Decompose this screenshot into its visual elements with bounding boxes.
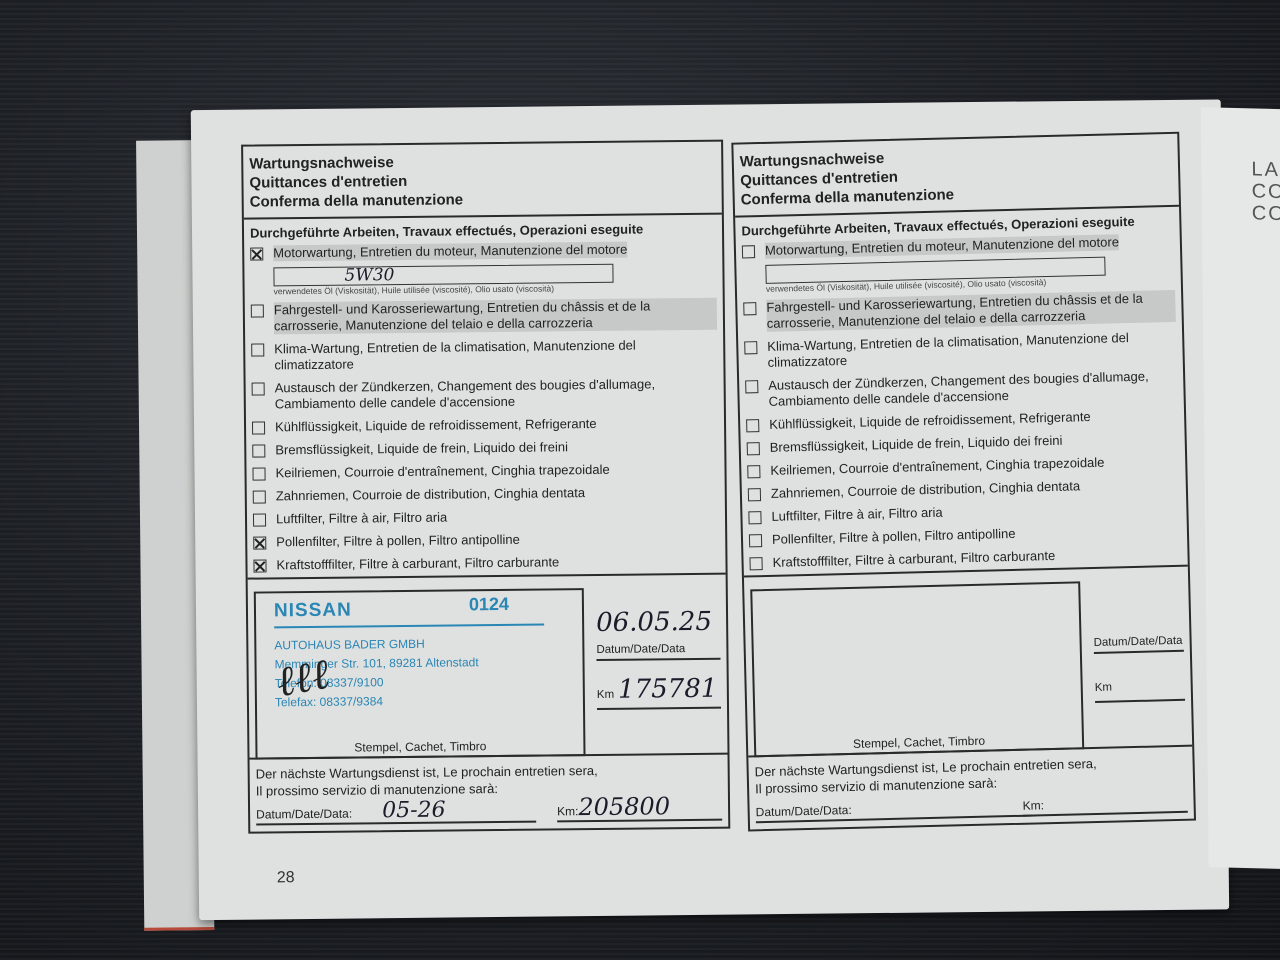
checklist-item[interactable]: Motorwartung, Entretien du moteur, Manut… <box>244 238 722 266</box>
checkbox[interactable] <box>748 488 761 501</box>
next-date-label: Datum/Date/Data: <box>256 807 352 822</box>
checkbox[interactable] <box>742 245 755 258</box>
stamp-rule <box>274 624 544 629</box>
km-field[interactable]: Km175781 <box>597 674 721 710</box>
checkbox[interactable] <box>745 380 758 393</box>
checkbox[interactable] <box>747 442 760 455</box>
date-label: Datum/Date/Data <box>1094 635 1184 654</box>
checklist-label: Austausch der Zündkerzen, Changement des… <box>768 368 1178 410</box>
service-booklet: WartungsnachweiseQuittances d'entretienC… <box>116 99 1265 931</box>
peek-line: CO <box>1252 202 1280 225</box>
next-service-date-field[interactable]: Datum/Date/Data:05-26 <box>256 801 536 826</box>
next-date-value <box>881 794 882 819</box>
date-km-column: Datum/Date/DataKm <box>1080 579 1186 741</box>
checkbox[interactable] <box>749 557 762 570</box>
maintenance-record-left: WartungsnachweiseQuittances d'entretienC… <box>241 140 730 834</box>
maintenance-record-right: WartungsnachweiseQuittances d'entretienC… <box>731 132 1196 832</box>
checkbox[interactable] <box>744 341 757 354</box>
checklist-label: Bremsflüssigkeit, Liquide de frein, Liqu… <box>275 439 568 458</box>
service-date-value[interactable] <box>1093 599 1184 637</box>
km-label: Km <box>1095 682 1113 694</box>
checkbox-checked[interactable] <box>250 247 263 260</box>
next-km-value: 205800 <box>578 792 670 821</box>
next-date-label: Datum/Date/Data: <box>756 803 852 819</box>
checklist-label: Austausch der Zündkerzen, Changement des… <box>275 376 718 413</box>
form-title-line: Conferma della manutenzione <box>250 188 716 212</box>
checkbox[interactable] <box>747 465 760 478</box>
checkbox[interactable] <box>746 419 759 432</box>
next-service-km-field[interactable]: Km:205800 <box>557 798 722 823</box>
checkbox[interactable] <box>743 302 756 315</box>
date-km-column: 06.05.25Datum/Date/DataKm175781 <box>584 587 722 748</box>
checkbox[interactable] <box>252 444 265 457</box>
checklist-item[interactable]: Austausch der Zündkerzen, Changement des… <box>246 373 724 417</box>
next-service-km-field[interactable]: Km: <box>1022 790 1188 817</box>
stamp-section: NISSAN0124AUTOHAUS BADER GMBHMemminger S… <box>248 573 728 758</box>
checklist-label: Keilriemen, Courroie d'entraînement, Cin… <box>275 462 609 481</box>
checklist-label: Kühlflüssigkeit, Liquide de refroidissem… <box>275 416 597 435</box>
km-label: Km <box>597 689 614 701</box>
checkbox[interactable] <box>253 490 266 503</box>
checkbox[interactable] <box>749 534 762 547</box>
booklet-page: WartungsnachweiseQuittances d'entretienC… <box>191 99 1229 920</box>
km-field[interactable]: Km <box>1094 666 1185 703</box>
next-km-label: Km: <box>1022 798 1044 813</box>
checklist-label: Pollenfilter, Filtre à pollen, Filtro an… <box>772 526 1016 548</box>
checkbox[interactable] <box>251 304 264 317</box>
stamp-box: NISSAN0124AUTOHAUS BADER GMBHMemminger S… <box>254 588 586 759</box>
service-date-value[interactable]: 06.05.25 <box>596 607 720 644</box>
checkbox[interactable] <box>252 421 265 434</box>
checkbox[interactable] <box>748 511 761 524</box>
checklist-label: Zahnriemen, Courroie de distribution, Ci… <box>771 478 1081 502</box>
next-date-value: 05-26 <box>382 798 446 824</box>
signature: ℓℓℓ <box>273 649 334 708</box>
checkbox[interactable] <box>253 513 266 526</box>
checklist-label: Kraftstofffilter, Filtre à carburant, Fi… <box>772 548 1055 571</box>
next-service-date-field[interactable]: Datum/Date/Data: <box>755 794 1035 823</box>
next-service-section: Der nächste Wartungsdienst ist, Le proch… <box>250 753 729 832</box>
stamp-caption: Stempel, Cachet, Timbro <box>257 738 583 755</box>
next-service-section: Der nächste Wartungsdienst ist, Le proch… <box>748 745 1194 830</box>
checklist-item[interactable]: Fahrgestell- und Karosseriewartung, Entr… <box>245 295 723 339</box>
next-page-text: LACOCO <box>1251 158 1280 225</box>
checklist-label: Klima-Wartung, Entretien de la climatisa… <box>274 337 717 374</box>
checkbox[interactable] <box>252 467 265 480</box>
checkbox[interactable] <box>251 343 264 356</box>
dealer-code: 0124 <box>469 595 509 614</box>
checklist-item[interactable]: Klima-Wartung, Entretien de la climatisa… <box>245 334 723 378</box>
next-page: LACOCO <box>1201 107 1280 870</box>
checklist-label: Luftfilter, Filtre à air, Filtro aria <box>771 505 943 525</box>
checklist-label: Motorwartung, Entretien du moteur, Manut… <box>765 234 1119 259</box>
checklist-label: Pollenfilter, Filtre à pollen, Filtro an… <box>276 532 520 551</box>
km-value: 175781 <box>618 674 718 705</box>
peek-line: LA <box>1251 158 1280 181</box>
checklist-label: Klima-Wartung, Entretien de la climatisa… <box>767 329 1177 371</box>
checklist-label: Motorwartung, Entretien du moteur, Manut… <box>273 242 627 262</box>
next-km-label: Km: <box>557 804 578 818</box>
checklist-label: Bremsflüssigkeit, Liquide de frein, Liqu… <box>770 433 1063 456</box>
checklist-label: Zahnriemen, Courroie de distribution, Ci… <box>276 485 585 504</box>
form-header: WartungsnachweiseQuittances d'entretienC… <box>733 134 1179 218</box>
checklist-label: Kraftstofffilter, Filtre à carburant, Fi… <box>276 554 559 573</box>
peek-line: CO <box>1252 180 1280 203</box>
form-header: WartungsnachweiseQuittances d'entretienC… <box>243 142 722 220</box>
page-number: 28 <box>277 869 295 887</box>
stamp-box: Stempel, Cachet, Timbro <box>750 581 1084 757</box>
checklist-label: Fahrgestell- und Karosseriewartung, Entr… <box>766 290 1176 332</box>
checkbox[interactable] <box>252 382 265 395</box>
date-label: Datum/Date/Data <box>596 643 720 661</box>
checkbox-checked[interactable] <box>253 536 266 549</box>
stamp-section: Stempel, Cachet, TimbroDatum/Date/DataKm <box>744 565 1192 756</box>
checklist-label: Fahrgestell- und Karosseriewartung, Entr… <box>274 298 717 335</box>
checklist-label: Luftfilter, Filtre à air, Filtro aria <box>276 510 447 528</box>
checkbox-checked[interactable] <box>253 559 266 572</box>
km-value <box>1116 667 1117 697</box>
